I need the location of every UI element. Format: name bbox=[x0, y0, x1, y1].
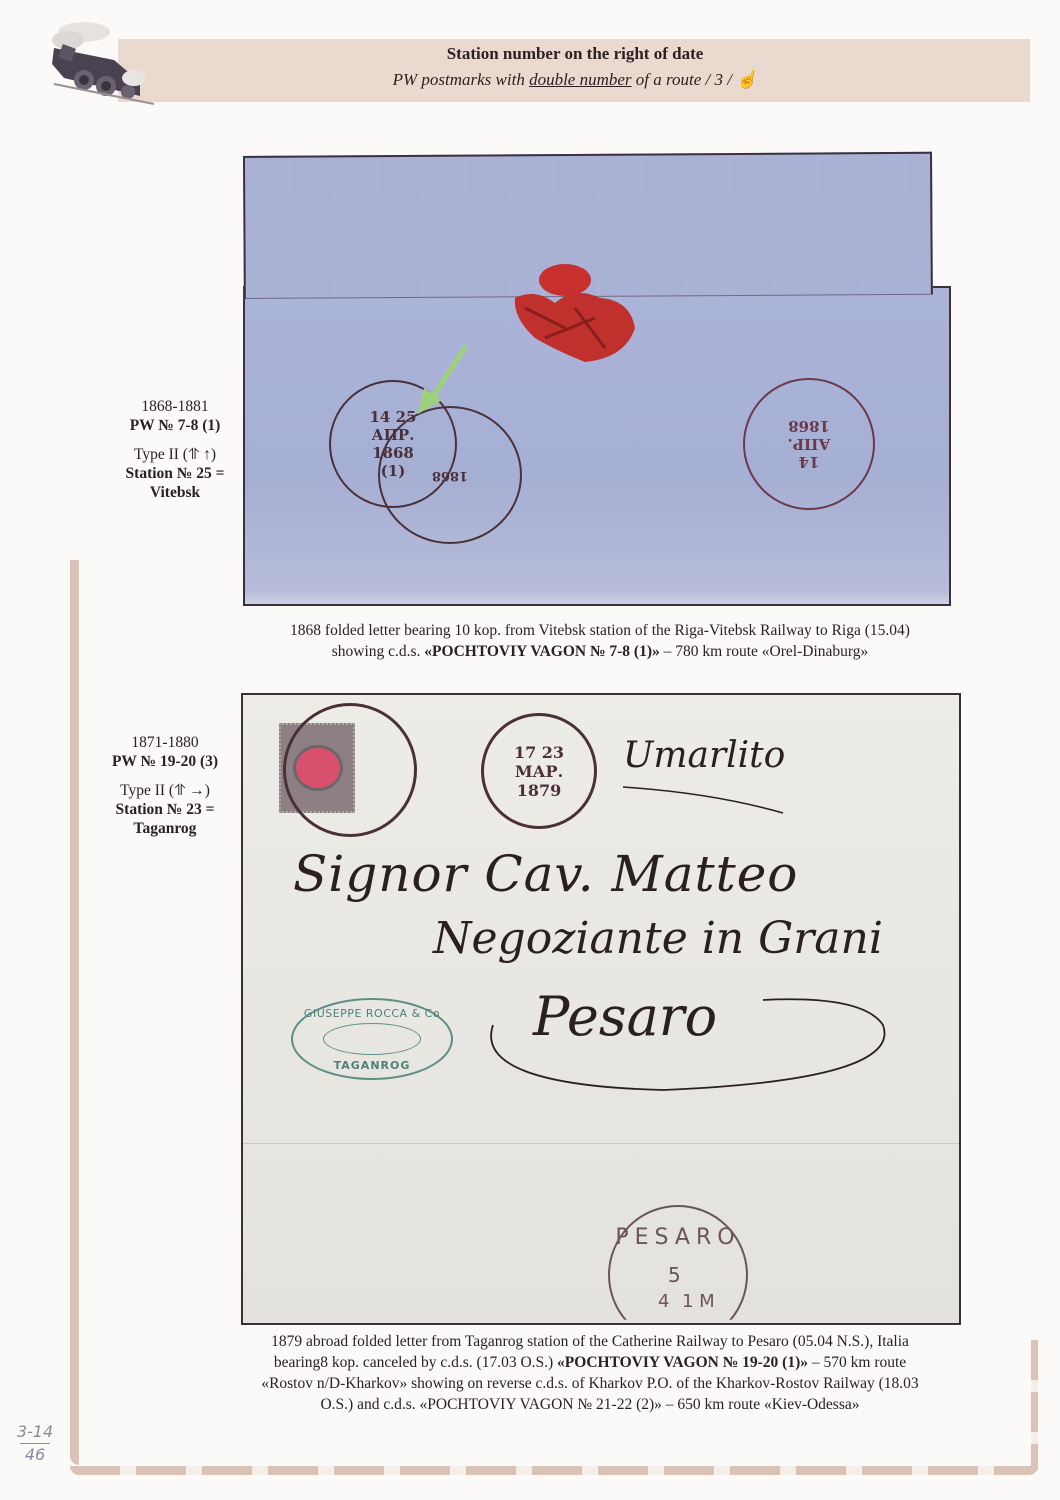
rocca-company-cachet: GIUSEPPE ROCCA & Co TAGANROG bbox=[291, 998, 453, 1080]
item2-label: 1871-1880 PW № 19-20 (3) Type II (⥣ →) S… bbox=[80, 733, 250, 838]
pesaro-arrival-postmark: PESARO 5 4 1 M bbox=[608, 1205, 748, 1345]
pointing-hand-icon: ☝ bbox=[736, 70, 757, 89]
item2-station-name: Taganrog bbox=[80, 819, 250, 838]
page-subtitle: PW postmarks with double number of a rou… bbox=[130, 70, 1020, 90]
page-frame-right bbox=[1031, 1340, 1038, 1470]
pw-7-8-postmark-second-strike: 1868 bbox=[378, 406, 522, 544]
item2-pw-number: PW № 19-20 (3) bbox=[80, 752, 250, 771]
item1-label: 1868-1881 PW № 7-8 (1) Type II (⥣ ↑) Sta… bbox=[100, 397, 250, 502]
letter-1868-cover: 14 25 АПР. 1868 (1) 1868 14 АПР. 1868 bbox=[243, 150, 951, 605]
item1-pw-number: PW № 7-8 (1) bbox=[100, 416, 250, 435]
page-frame-left bbox=[70, 560, 79, 1465]
subtitle-underlined: double number bbox=[529, 70, 631, 89]
page-frame-bottom bbox=[70, 1466, 1038, 1475]
green-arrow-icon bbox=[410, 340, 470, 420]
item2-caption: 1879 abroad folded letter from Taganrog … bbox=[190, 1331, 990, 1415]
item1-station-name: Vitebsk bbox=[100, 483, 250, 502]
item2-station: Station № 23 = bbox=[80, 800, 250, 819]
vitebsk-postmark: 14 АПР. 1868 bbox=[743, 378, 875, 510]
letter-1879-cover: 17 23 МАР. 1879 Umarlito Signor Cav. Mat… bbox=[241, 693, 961, 1325]
item1-caption: 1868 folded letter bearing 10 kop. from … bbox=[210, 620, 990, 662]
pencil-page-note: 3-14 46 bbox=[0, 1423, 70, 1464]
item2-period: 1871-1880 bbox=[80, 733, 250, 752]
wax-seal bbox=[505, 258, 640, 368]
page-title: Station number on the right of date bbox=[130, 44, 1020, 64]
item2-type: Type II (⥣ →) bbox=[80, 781, 250, 800]
item1-station: Station № 25 = bbox=[100, 464, 250, 483]
item1-period: 1868-1881 bbox=[100, 397, 250, 416]
item1-type: Type II (⥣ ↑) bbox=[100, 445, 250, 464]
